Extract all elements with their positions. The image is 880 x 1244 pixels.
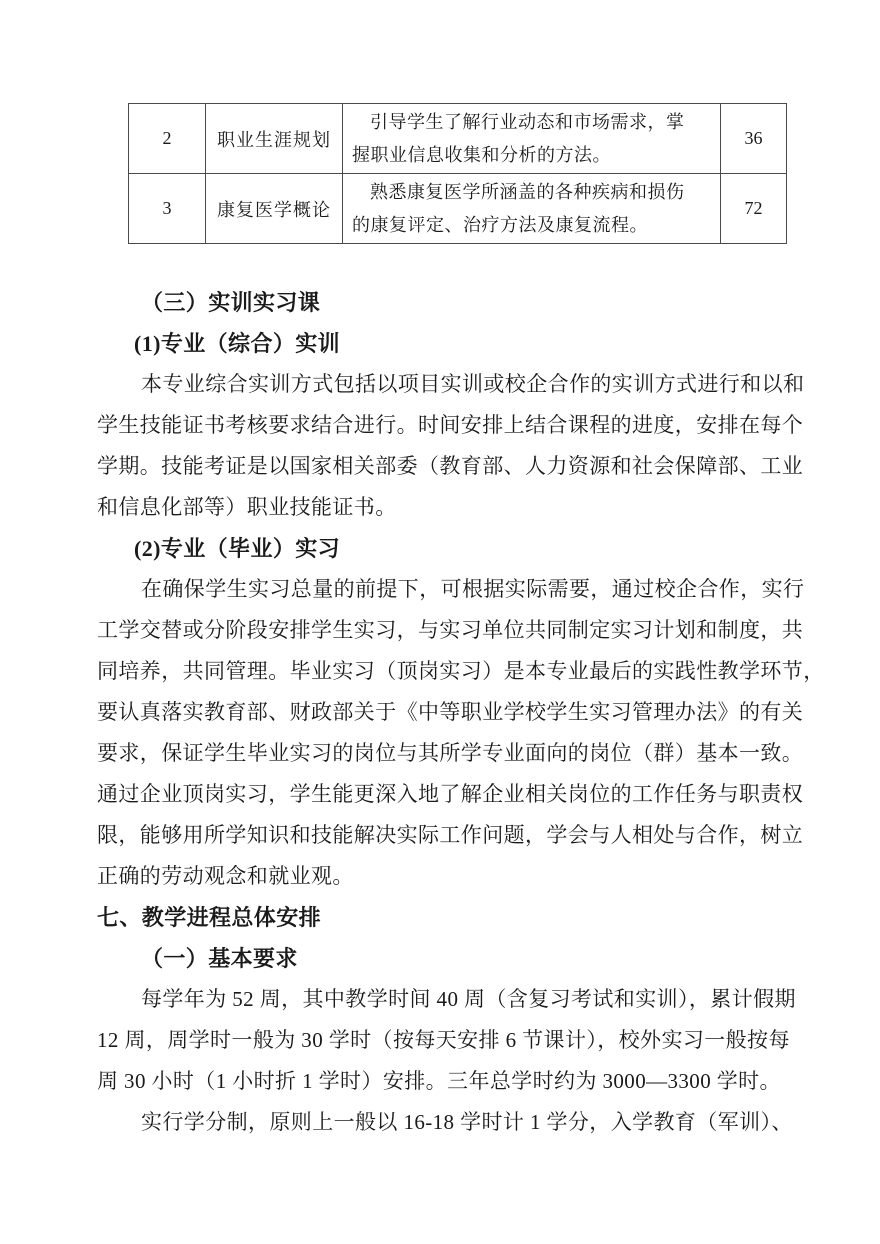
course-name-cell: 康复医学概论 [206, 174, 343, 244]
paragraph-basic-line: 12 周，周学时一般为 30 学时（按每天安排 6 节课计），校外实习一般按每 [97, 1020, 780, 1061]
paragraph-graduation-line: 要求，保证学生毕业实习的岗位与其所学专业面向的岗位（群）基本一致。 [97, 733, 780, 774]
course-hours-cell: 72 [721, 174, 787, 244]
paragraph-comprehensive-line: 学生技能证书考核要求结合进行。时间安排上结合课程的进度，安排在每个 [97, 405, 780, 446]
course-desc-line: 握职业信息收集和分析的方法。 [352, 139, 711, 172]
document-body: （三）实训实习课 (1)专业（综合）实训 本专业综合实训方式包括以项目实训或校企… [0, 282, 880, 1143]
paragraph-comprehensive-line: 学期。技能考证是以国家相关部委（教育部、人力资源和社会保障部、工业 [97, 446, 780, 487]
paragraph-graduation-line: 限，能够用所学知识和技能解决实际工作问题，学会与人相处与合作，树立 [97, 815, 780, 856]
course-number-cell: 2 [129, 104, 206, 174]
heading-graduation-internship: (2)专业（毕业）实习 [97, 528, 780, 569]
paragraph-comprehensive-line: 本专业综合实训方式包括以项目实训或校企合作的实训方式进行和以和 [97, 364, 780, 405]
course-name-cell: 职业生涯规划 [206, 104, 343, 174]
course-desc-line: 熟悉康复医学所涵盖的各种疾病和损伤 [352, 176, 711, 209]
course-number-cell: 3 [129, 174, 206, 244]
heading-basic-requirements: （一）基本要求 [97, 938, 780, 979]
paragraph-graduation-line: 正确的劳动观念和就业观。 [97, 856, 780, 897]
paragraph-graduation-line: 要认真落实教育部、财政部关于《中等职业学校学生实习管理办法》的有关 [97, 692, 780, 733]
heading-comprehensive-training: (1)专业（综合）实训 [97, 323, 780, 364]
paragraph-graduation-line: 同培养，共同管理。毕业实习（顶岗实习）是本专业最后的实践性教学环节， [97, 651, 780, 692]
paragraph-comprehensive-line: 和信息化部等）职业技能证书。 [97, 487, 780, 528]
document-page: 2 职业生涯规划 引导学生了解行业动态和市场需求，掌 握职业信息收集和分析的方法… [0, 0, 880, 1244]
course-table: 2 职业生涯规划 引导学生了解行业动态和市场需求，掌 握职业信息收集和分析的方法… [128, 103, 787, 244]
paragraph-graduation-line: 工学交替或分阶段安排学生实习，与实习单位共同制定实习计划和制度，共 [97, 610, 780, 651]
table-row: 2 职业生涯规划 引导学生了解行业动态和市场需求，掌 握职业信息收集和分析的方法… [129, 104, 787, 174]
course-desc-line: 引导学生了解行业动态和市场需求，掌 [352, 106, 711, 139]
course-desc-line: 的康复评定、治疗方法及康复流程。 [352, 209, 711, 242]
heading-chapter7-teaching-schedule: 七、教学进程总体安排 [97, 897, 780, 938]
paragraph-basic-line: 周 30 小时（1 小时折 1 学时）安排。三年总学时约为 3000—3300 … [97, 1061, 780, 1102]
paragraph-graduation-line: 在确保学生实习总量的前提下，可根据实际需要，通过校企合作，实行 [97, 569, 780, 610]
course-hours-cell: 36 [721, 104, 787, 174]
course-desc-cell: 引导学生了解行业动态和市场需求，掌 握职业信息收集和分析的方法。 [343, 104, 721, 174]
paragraph-credit-line: 实行学分制，原则上一般以 16-18 学时计 1 学分，入学教育（军训）、 [97, 1102, 780, 1143]
table-row: 3 康复医学概论 熟悉康复医学所涵盖的各种疾病和损伤 的康复评定、治疗方法及康复… [129, 174, 787, 244]
heading-practical-training-course: （三）实训实习课 [97, 282, 780, 323]
paragraph-graduation-line: 通过企业顶岗实习，学生能更深入地了解企业相关岗位的工作任务与职责权 [97, 774, 780, 815]
course-desc-cell: 熟悉康复医学所涵盖的各种疾病和损伤 的康复评定、治疗方法及康复流程。 [343, 174, 721, 244]
course-table-wrapper: 2 职业生涯规划 引导学生了解行业动态和市场需求，掌 握职业信息收集和分析的方法… [128, 103, 880, 244]
paragraph-basic-line: 每学年为 52 周，其中教学时间 40 周（含复习考试和实训），累计假期 [97, 979, 780, 1020]
